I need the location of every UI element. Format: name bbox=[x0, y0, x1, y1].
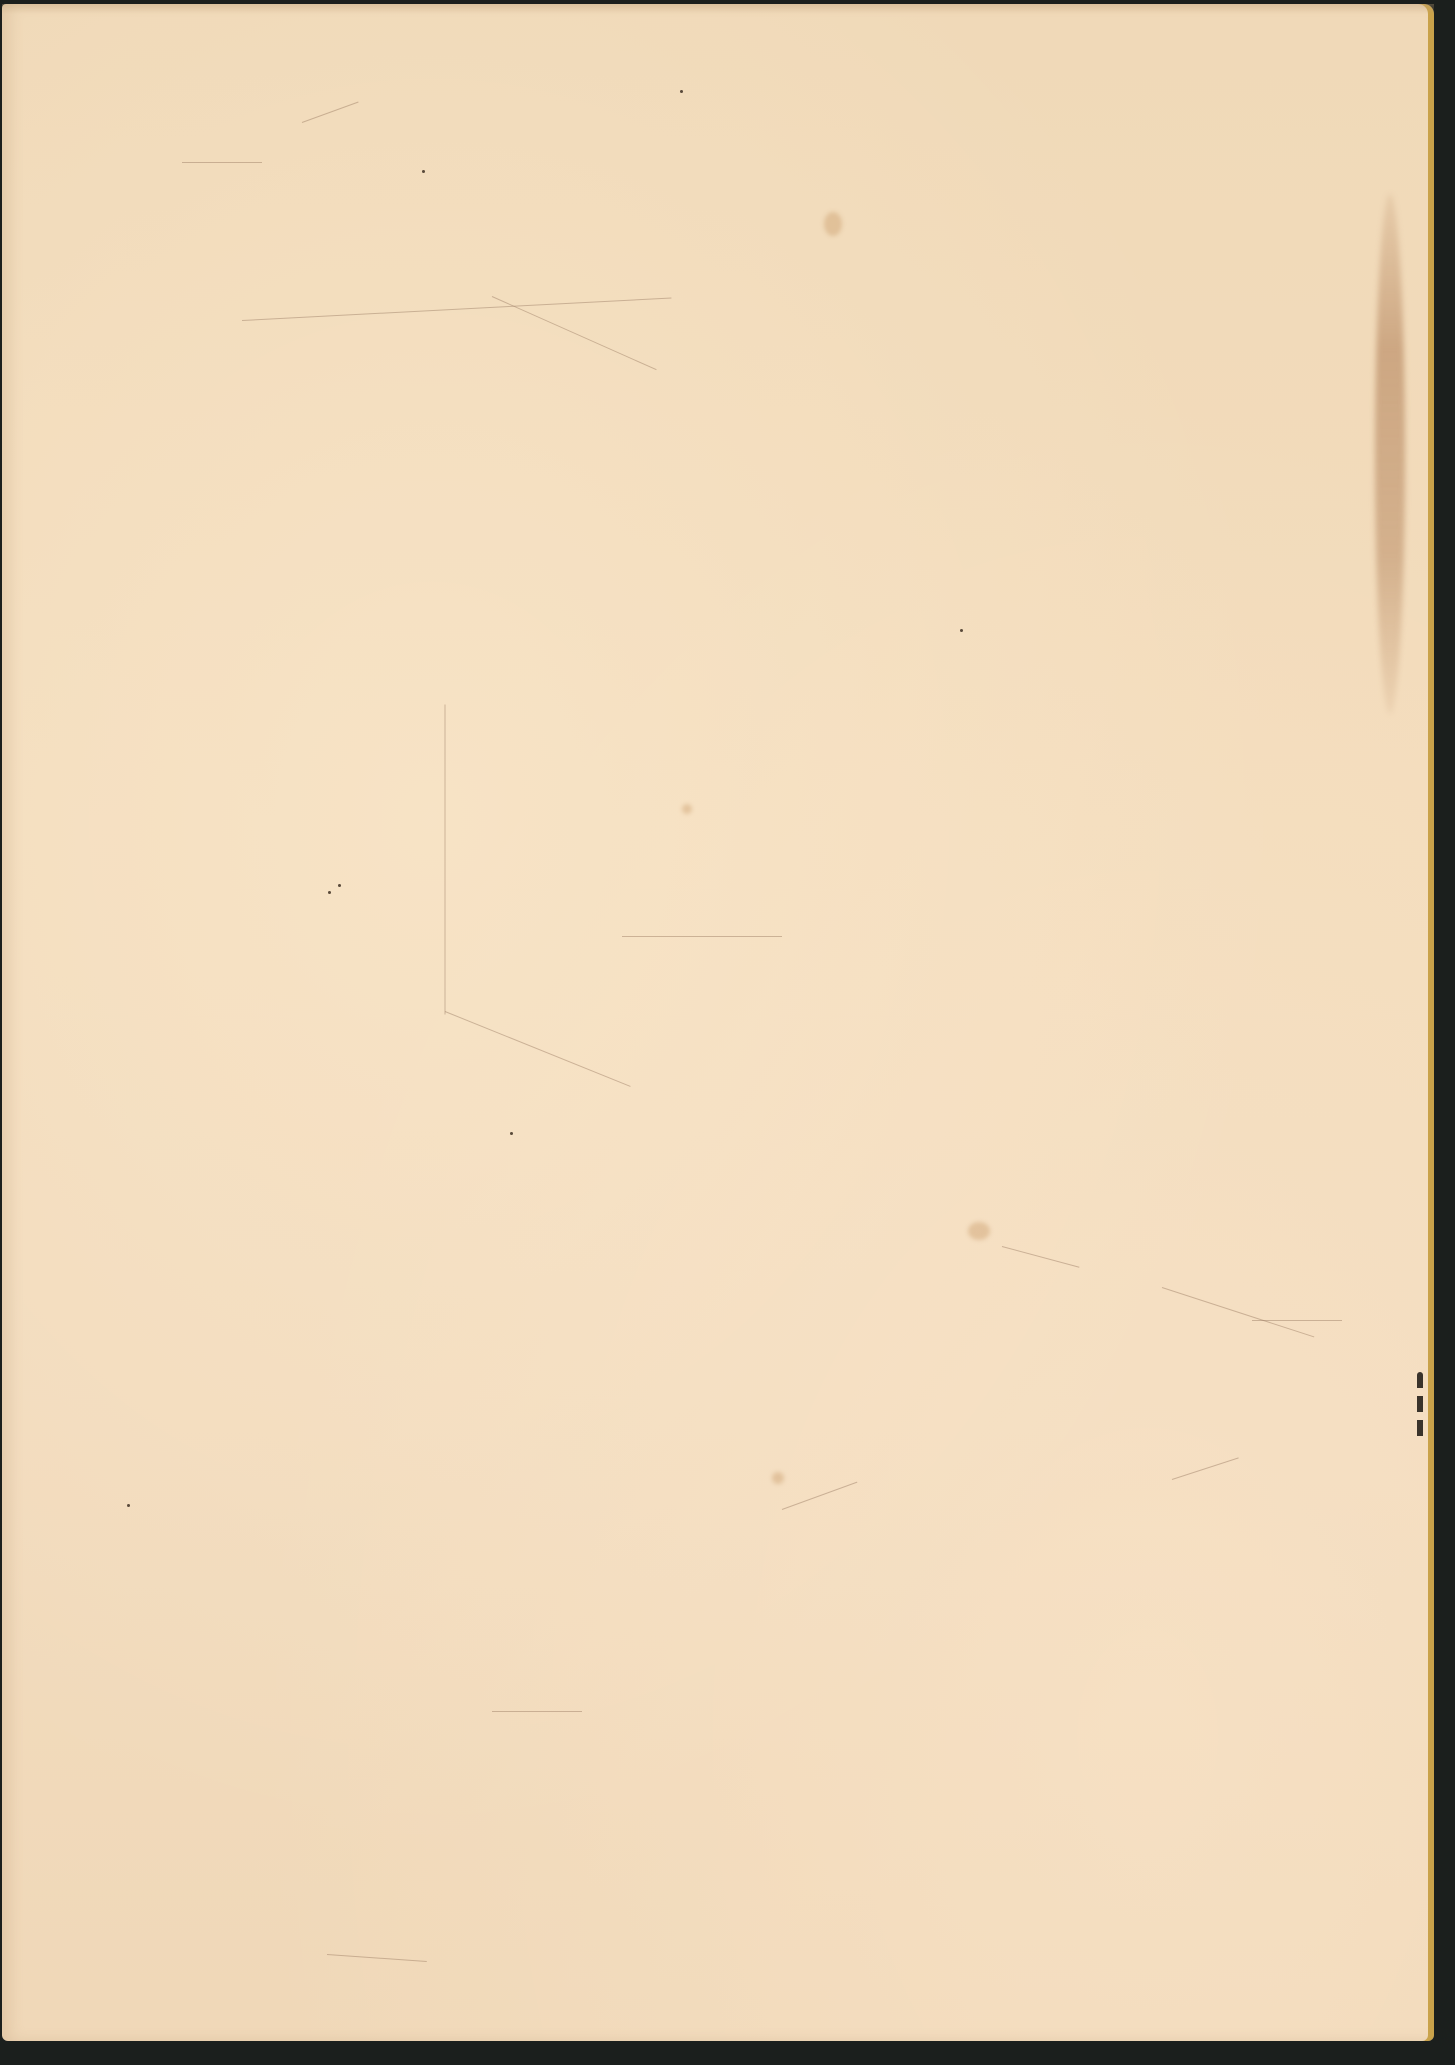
scratch bbox=[302, 102, 359, 123]
speck bbox=[510, 1132, 513, 1135]
speck bbox=[960, 629, 963, 632]
speck bbox=[422, 170, 425, 173]
paper-top-edge bbox=[2, 4, 1434, 14]
blank-paper-page bbox=[2, 4, 1434, 2041]
foxing-spot bbox=[968, 1222, 990, 1240]
scratch bbox=[1252, 1320, 1342, 1321]
scratch bbox=[1162, 1287, 1314, 1337]
foxing-spot bbox=[824, 212, 842, 236]
ink-mark bbox=[1417, 1372, 1423, 1442]
scratch bbox=[492, 296, 657, 370]
scratch bbox=[182, 162, 262, 163]
scratch bbox=[1002, 1246, 1080, 1268]
scratch bbox=[622, 936, 782, 937]
scratch bbox=[445, 1011, 631, 1087]
scratch bbox=[782, 1482, 858, 1510]
scratch bbox=[242, 297, 671, 321]
speck bbox=[338, 884, 341, 887]
foxing-spot bbox=[772, 1472, 784, 1484]
scratch bbox=[1172, 1457, 1239, 1480]
speck bbox=[680, 90, 683, 93]
foxing-spot bbox=[682, 804, 692, 814]
speck bbox=[328, 891, 331, 894]
scratch bbox=[327, 1954, 427, 1962]
speck bbox=[127, 1504, 130, 1507]
scratch bbox=[445, 705, 446, 1015]
water-stain bbox=[1375, 194, 1405, 714]
scratch bbox=[492, 1711, 582, 1712]
